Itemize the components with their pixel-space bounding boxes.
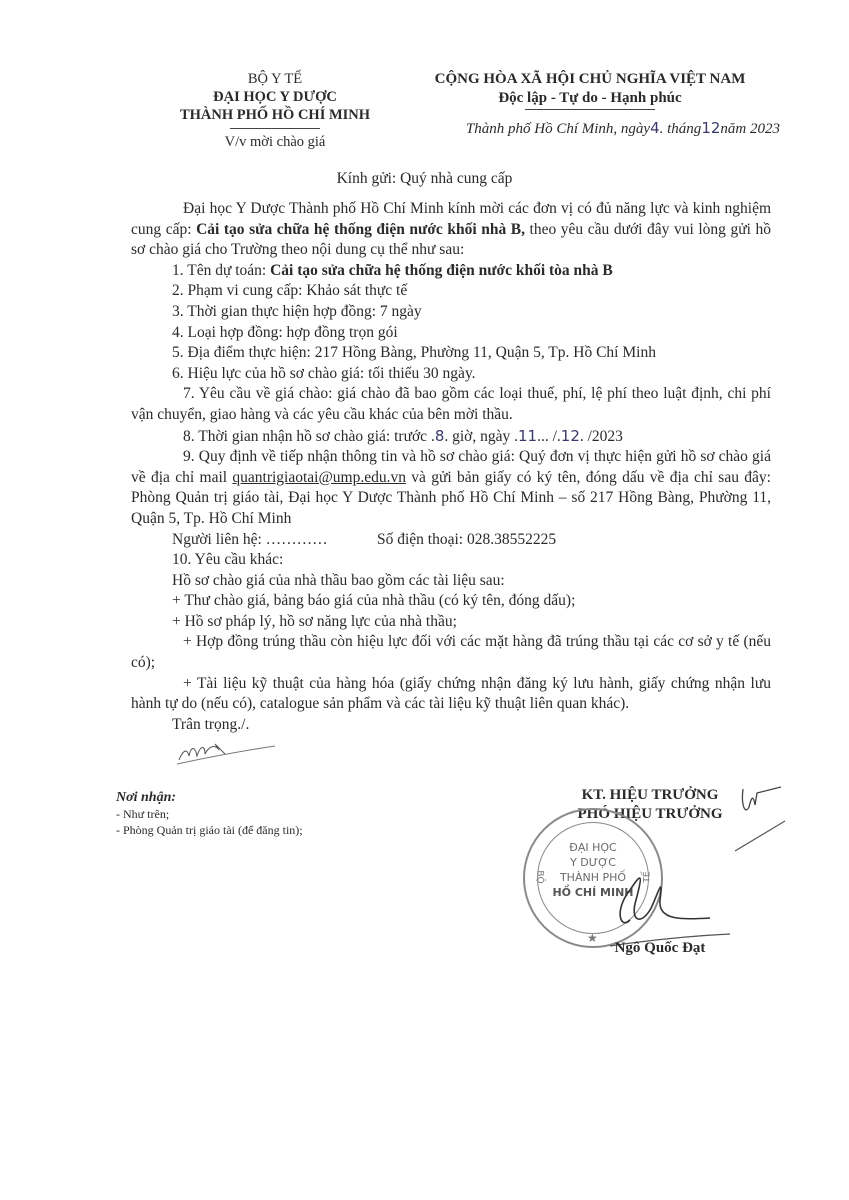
issuing-authority: BỘ Y TẾ ĐẠI HỌC Y DƯỢC THÀNH PHỐ HỒ CHÍ … (150, 70, 400, 151)
deadline-hour-handwritten: 8 (435, 427, 445, 445)
recipient-2: - Phòng Quản trị giáo tài (để đăng tin); (116, 822, 303, 838)
item-8-sep: ... /. (537, 428, 561, 445)
recipients-label: Nơi nhận: (116, 790, 303, 806)
stamp-line-1: ĐẠI HỌC (525, 840, 661, 855)
item-7: 7. Yêu cầu về giá chào: giá chào đã bao … (131, 384, 771, 425)
contact-person: Người liên hệ: ………… (172, 530, 377, 551)
date-year-label: năm 2023 (720, 121, 780, 137)
item-1: 1. Tên dự toán: Cải tạo sửa chữa hệ thốn… (131, 261, 771, 282)
item-1-value: Cải tạo sửa chữa hệ thống điện nước khối… (270, 262, 613, 279)
item-8-mid: . giờ, ngày . (444, 428, 518, 445)
letter-body: Đại học Y Dược Thành phố Hồ Chí Minh kín… (131, 199, 771, 735)
item-10-intro: Hồ sơ chào giá của nhà thầu bao gồm các … (131, 571, 771, 592)
intro-paragraph: Đại học Y Dược Thành phố Hồ Chí Minh kín… (131, 199, 771, 261)
item-10: 10. Yêu cầu khác: (131, 550, 771, 571)
date-prefix: Thành phố Hồ Chí Minh, ngày (466, 121, 650, 137)
item-10-c: + Hợp đồng trúng thầu còn hiệu lực đối v… (131, 632, 771, 673)
document-date: Thành phố Hồ Chí Minh, ngày4. tháng12năm… (400, 119, 780, 138)
item-5: 5. Địa điểm thực hiện: 217 Hồng Bàng, Ph… (131, 343, 771, 364)
item-4: 4. Loại hợp đồng: hợp đồng trọn gói (131, 323, 771, 344)
recipient-1: - Như trên; (116, 806, 303, 822)
item-2: 2. Phạm vi cung cấp: Khảo sát thực tế (131, 281, 771, 302)
contact-row: Người liên hệ: ………… Số điện thoại: 028.3… (131, 530, 771, 551)
item-1-label: 1. Tên dự toán: (172, 262, 270, 279)
signer-name: Ngô Quốc Đạt (560, 940, 760, 957)
city-name: THÀNH PHỐ HỒ CHÍ MINH (150, 106, 400, 124)
item-10-b: + Hồ sơ pháp lý, hồ sơ năng lực của nhà … (131, 612, 771, 633)
recipients-block: Nơi nhận: - Như trên; - Phòng Quản trị g… (116, 790, 303, 838)
deadline-day-handwritten: 11 (518, 427, 537, 445)
closing: Trân trọng./. (131, 715, 771, 736)
email-link[interactable]: quantrigiaotai@ump.edu.vn (232, 469, 406, 486)
national-motto: Độc lập - Tự do - Hạnh phúc (498, 89, 681, 108)
salutation: Kính gửi: Quý nhà cung cấp (0, 170, 849, 188)
date-month-label: . tháng (660, 121, 702, 137)
deadline-month-handwritten: 12 (561, 427, 580, 445)
item-3: 3. Thời gian thực hiện hợp đồng: 7 ngày (131, 302, 771, 323)
signature-icon (600, 860, 740, 950)
contact-phone: Số điện thoại: 028.38552225 (377, 530, 556, 551)
stamp-side-left: BỘ (535, 870, 545, 883)
item-6: 6. Hiệu lực của hồ sơ chào giá: tối thiể… (131, 364, 771, 385)
item-10-a: + Thư chào giá, bảng báo giá của nhà thầ… (131, 591, 771, 612)
item-8-suffix: . /2023 (580, 428, 623, 445)
initials-signature-icon (175, 740, 285, 766)
date-day-handwritten: 4 (650, 119, 660, 137)
item-8: 8. Thời gian nhận hồ sơ chào giá: trước … (131, 426, 771, 448)
nation-name: CỘNG HÒA XÃ HỘI CHỦ NGHĨA VIỆT NAM (400, 70, 780, 89)
date-month-handwritten: 12 (701, 119, 720, 137)
initial-mark-icon (735, 785, 795, 855)
item-8-prefix: 8. Thời gian nhận hồ sơ chào giá: trước … (183, 428, 435, 445)
university-name: ĐẠI HỌC Y DƯỢC (150, 88, 400, 106)
national-header: CỘNG HÒA XÃ HỘI CHỦ NGHĨA VIỆT NAM Độc l… (400, 70, 780, 110)
project-name-bold: Cải tạo sửa chữa hệ thống điện nước khối… (196, 221, 525, 238)
ministry-name: BỘ Y TẾ (150, 70, 400, 88)
header-left-divider (230, 128, 320, 129)
item-10-d: + Tài liệu kỹ thuật của hàng hóa (giấy c… (131, 674, 771, 715)
header-right-divider (525, 109, 655, 110)
item-9: 9. Quy định về tiếp nhận thông tin và hồ… (131, 447, 771, 529)
subject-line: V/v mời chào giá (150, 133, 400, 151)
